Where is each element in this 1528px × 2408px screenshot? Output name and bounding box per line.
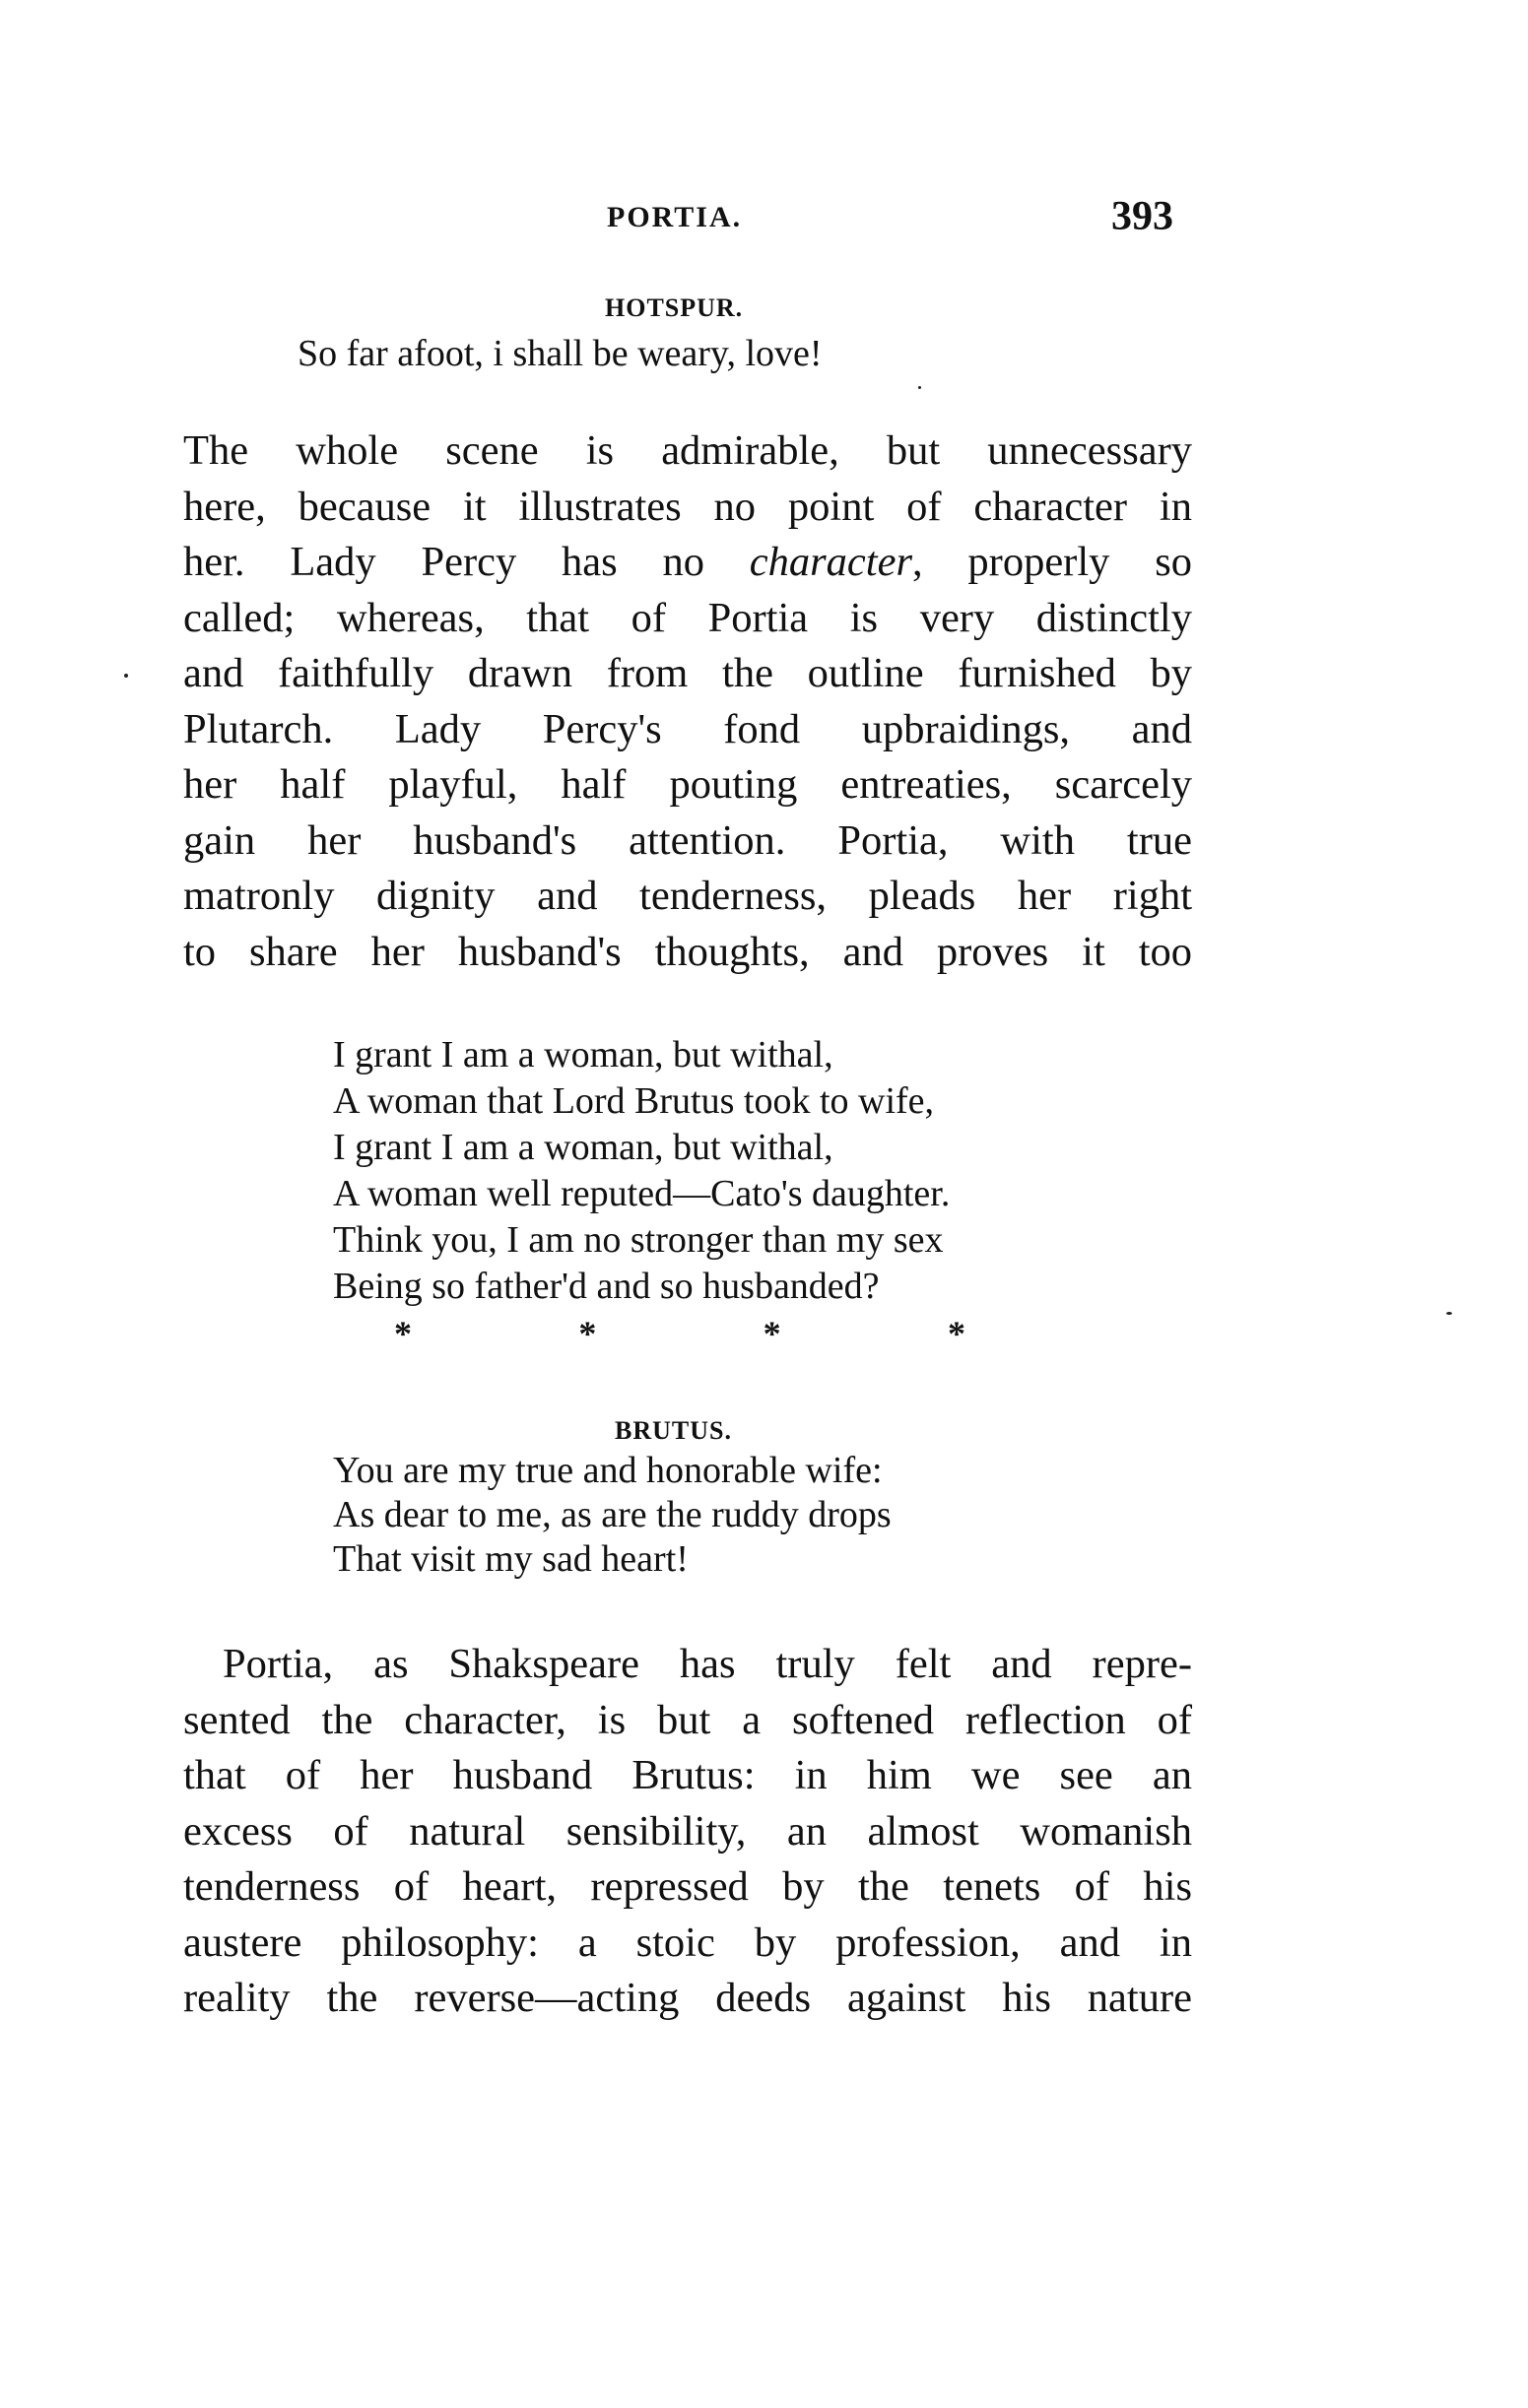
paragraph-line: to share her husband's thoughts, and pro…	[183, 925, 1192, 981]
running-head: PORTIA. 393	[0, 193, 1528, 252]
speaker-brutus: BRUTUS.	[615, 1416, 732, 1446]
asterisk-icon: *	[578, 1313, 596, 1354]
quote-line: I grant I am a woman, but withal,	[333, 1129, 833, 1166]
paragraph-line: her half playful, half pouting entreatie…	[183, 757, 1192, 814]
scan-speck	[124, 674, 128, 678]
paragraph-line: and faithfully drawn from the outline fu…	[183, 646, 1192, 702]
paragraph-line: here, because it illustrates no point of…	[183, 480, 1192, 536]
speaker-hotspur: HOTSPUR.	[605, 293, 743, 323]
paragraph-line: excess of natural sensibility, an almost…	[183, 1804, 1192, 1860]
paragraph-1: The whole scene is admirable, but unnece…	[183, 423, 1192, 980]
hotspur-line: So far afoot, i shall be weary, love!	[298, 335, 823, 372]
asterisk-icon: *	[764, 1313, 781, 1354]
paragraph-line: The whole scene is admirable, but unnece…	[183, 423, 1192, 480]
paragraph-line: Portia, as Shakspeare has truly felt and…	[183, 1637, 1192, 1693]
paragraph-line: gain her husband's attention. Portia, wi…	[183, 814, 1192, 870]
scan-speck	[1446, 1312, 1452, 1315]
asterisk-icon: *	[948, 1313, 965, 1354]
paragraph-line: reality the reverse—acting deeds against…	[183, 1971, 1192, 2027]
brutus-line: You are my true and honorable wife:	[333, 1452, 883, 1489]
quote-line: A woman that Lord Brutus took to wife,	[333, 1082, 934, 1120]
paragraph-line: called; whereas, that of Portia is very …	[183, 591, 1192, 647]
paragraph-line: her. Lady Percy has no character, proper…	[183, 535, 1192, 591]
quote-line: Being so father'd and so husbanded?	[333, 1268, 880, 1305]
quote-line: I grant I am a woman, but withal,	[333, 1036, 833, 1074]
book-page: PORTIA. 393 HOTSPUR. So far afoot, i sha…	[0, 0, 1528, 2408]
scan-speck	[918, 386, 921, 389]
quote-line: A woman well reputed—Cato's daughter.	[333, 1175, 950, 1212]
paragraph-line: sented the character, is but a softened …	[183, 1693, 1192, 1749]
running-title: PORTIA.	[607, 201, 742, 234]
paragraph-line: Plutarch. Lady Percy's fond upbraidings,…	[183, 702, 1192, 758]
quote-line: Think you, I am no stronger than my sex	[333, 1221, 944, 1259]
asterisk-icon: *	[394, 1313, 412, 1354]
paragraph-line: tenderness of heart, repressed by the te…	[183, 1859, 1192, 1916]
page-number: 393	[1111, 193, 1173, 240]
asterism-separator: * * * *	[394, 1313, 965, 1354]
brutus-line: As dear to me, as are the ruddy drops	[333, 1496, 892, 1533]
paragraph-line: austere philosophy: a stoic by professio…	[183, 1916, 1192, 1972]
italic-emphasis: character	[750, 539, 912, 585]
paragraph-line: that of her husband Brutus: in him we se…	[183, 1748, 1192, 1804]
paragraph-2: Portia, as Shakspeare has truly felt and…	[183, 1637, 1192, 2027]
paragraph-line: matronly dignity and tenderness, pleads …	[183, 869, 1192, 925]
brutus-line: That visit my sad heart!	[333, 1540, 689, 1578]
